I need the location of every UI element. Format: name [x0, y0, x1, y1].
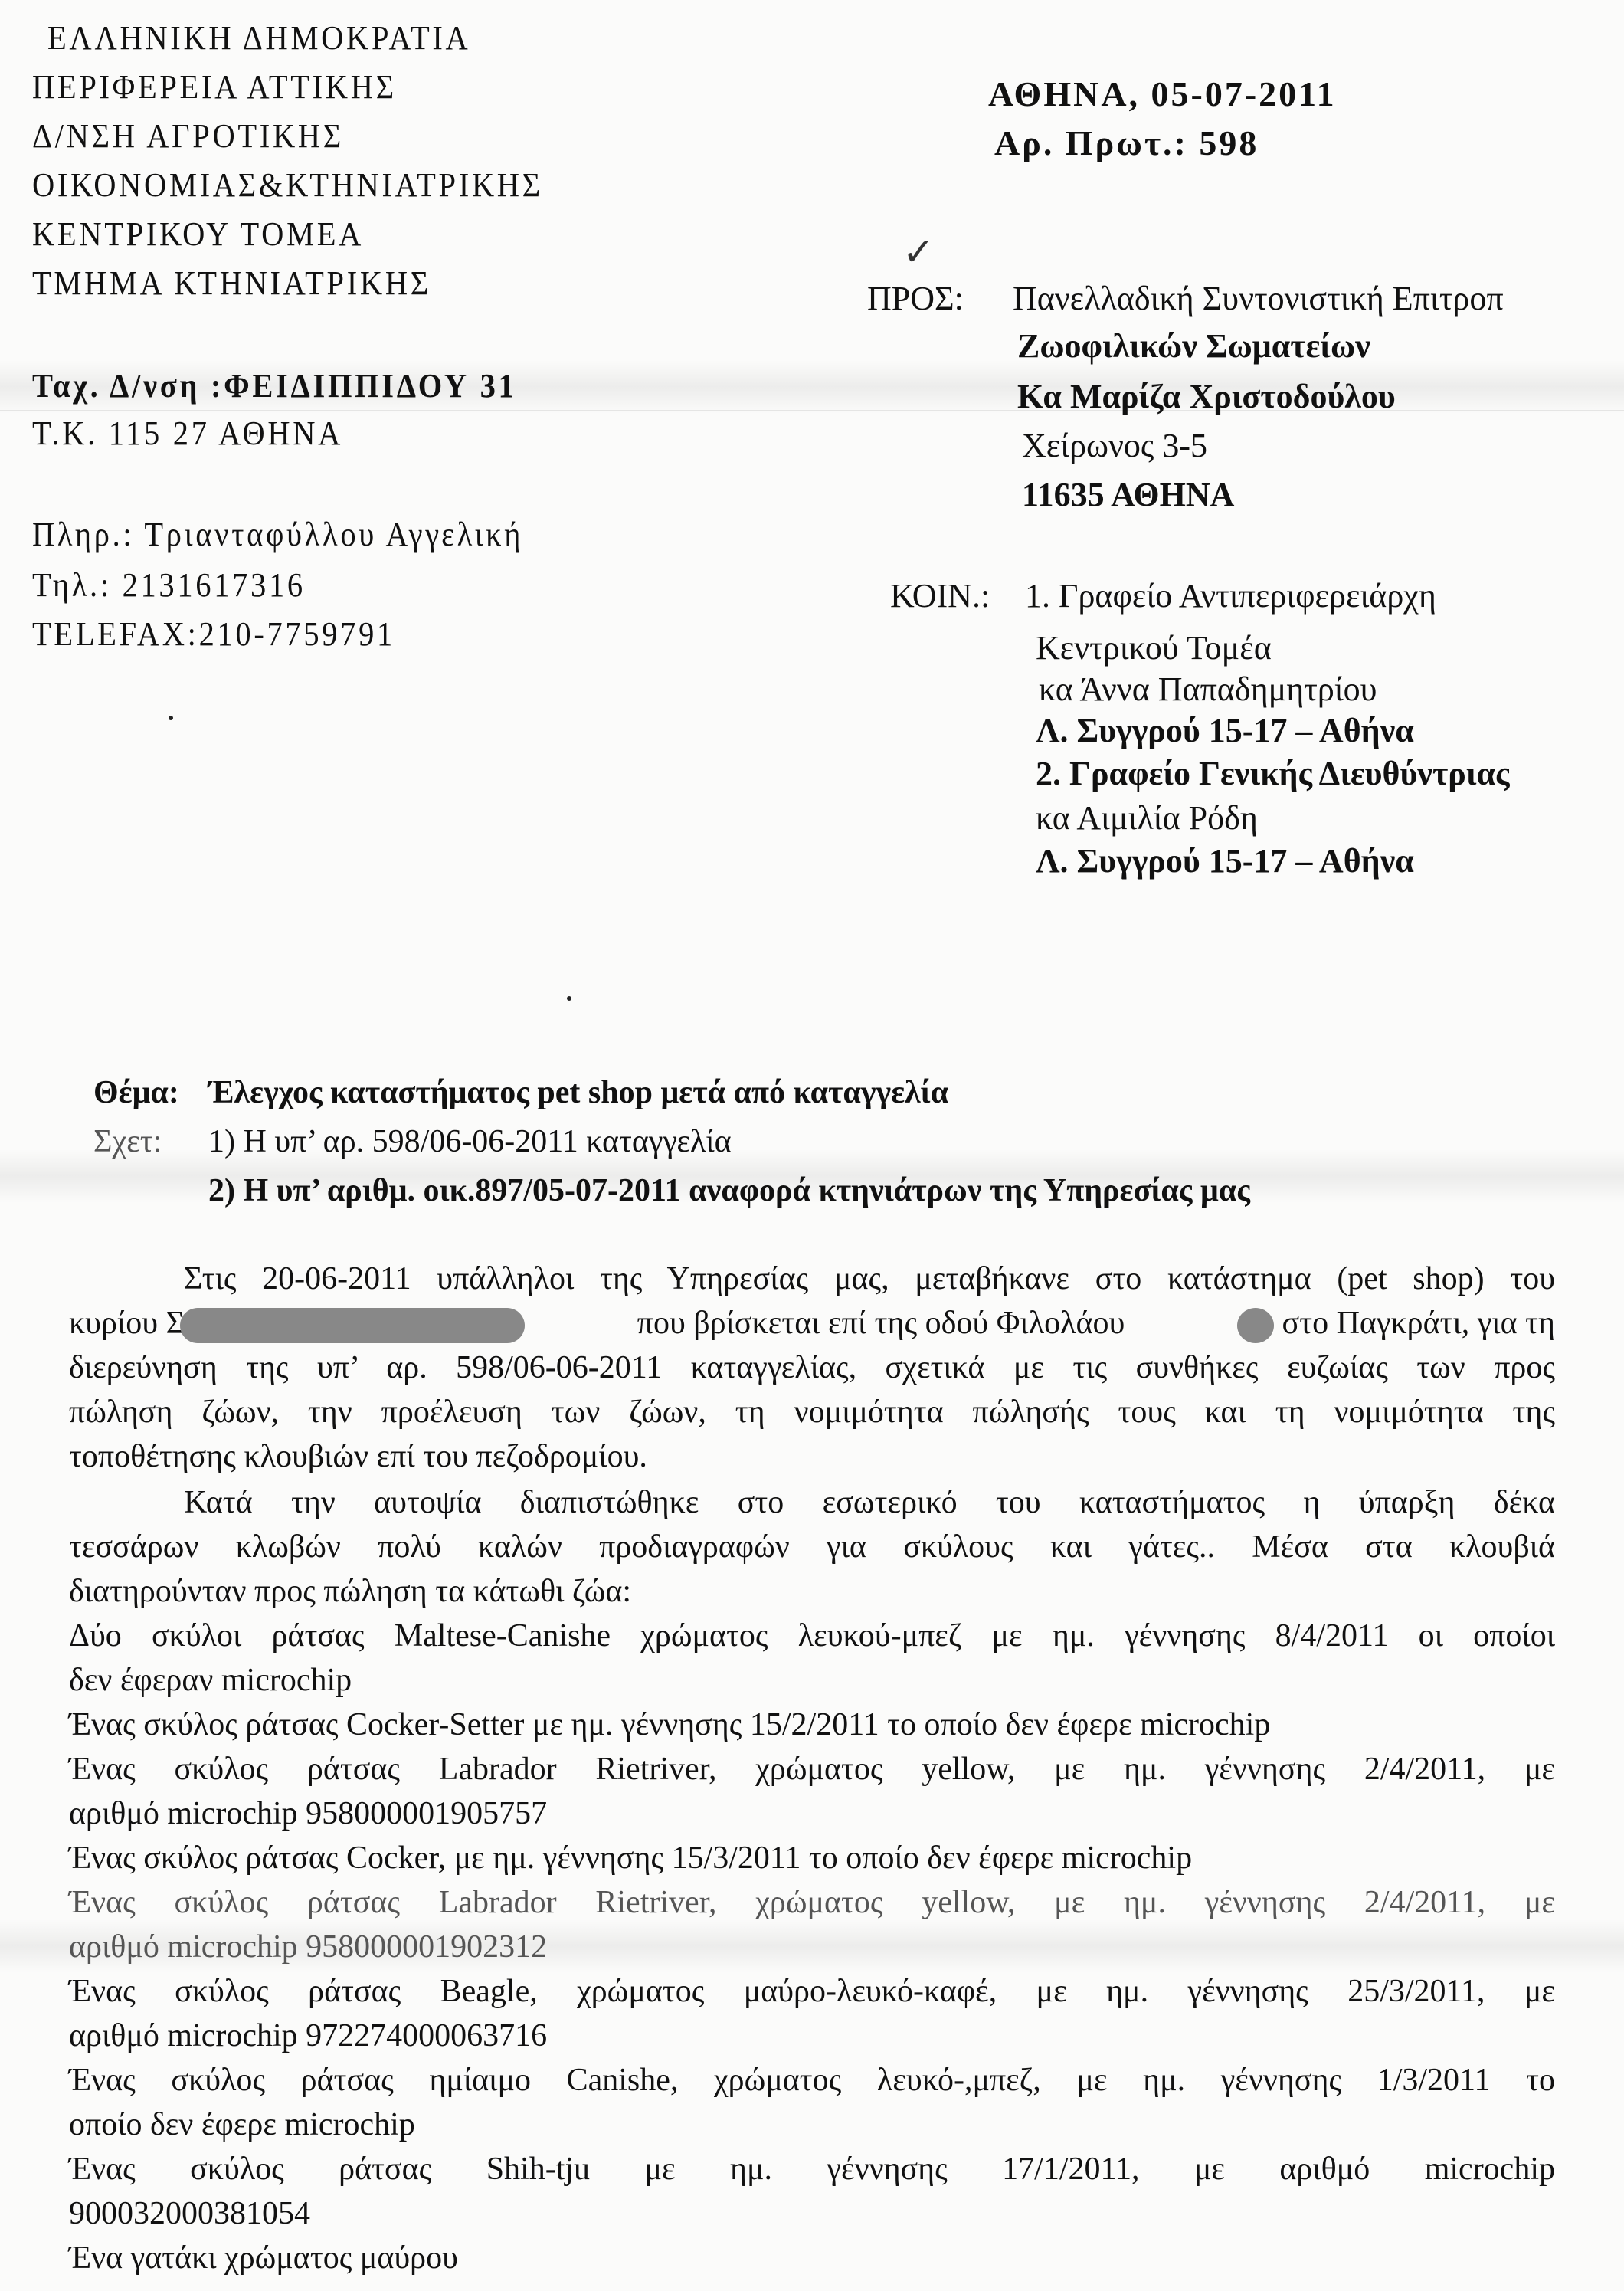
- sender-phone: Τηλ.: 2131617316: [32, 565, 306, 605]
- check-mark-icon: ✓: [902, 230, 935, 274]
- cc-line: Κεντρικού Τομέα: [1036, 628, 1272, 667]
- redacted-number: [1237, 1308, 1274, 1343]
- recipient-label: ΠΡΟΣ:: [867, 279, 964, 318]
- animal-entry-line: δεν έφεραν microchip: [69, 1658, 1555, 1703]
- scan-speck: [169, 716, 173, 720]
- recipient-line: Κα Μαρίζα Χριστοδούλου: [1017, 377, 1396, 416]
- cc-label: ΚΟΙΝ.:: [890, 576, 990, 615]
- animal-entry-line: αριθμό microchip 972274000063716: [69, 2014, 1555, 2058]
- sender-contact: Πληρ.: Τριανταφύλλου Αγγελική: [32, 515, 523, 554]
- scanned-letter: ΕΛΛΗΝΙΚΗ ΔΗΜΟΚΡΑΤΙΑ ΠΕΡΙΦΕΡΕΙΑ ΑΤΤΙΚΗΣ Δ…: [0, 0, 1624, 2291]
- text-line: διατηρούνταν προς πώληση τα κάτωθι ζώα:: [69, 1569, 1555, 1614]
- animal-entry-line: Ένας σκύλος ράτσας Shih-tju με ημ. γέννη…: [69, 2147, 1555, 2191]
- subject-label: Θέμα:: [93, 1074, 179, 1111]
- reference-item: 2) Η υπ’ αριθμ. οικ.897/05-07-2011 αναφο…: [208, 1172, 1250, 1209]
- text-line: τοποθέτησης κλουβιών επί του πεζοδρομίου…: [69, 1434, 1555, 1479]
- animal-entry-line: Ένας σκύλος ράτσας Labrador Rietriver, χ…: [69, 1880, 1555, 1925]
- sender-address: Ταχ. Δ/νση :ΦΕΙΔΙΠΠΙΔΟΥ 31: [32, 366, 516, 405]
- header-line: ΟΙΚΟΝΟΜΙΑΣ&ΚΤΗΝΙΑΤΡΙΚΗΣ: [32, 166, 543, 205]
- body-paragraph-1: Στις 20-06-2011 υπάλληλοι της Υπηρεσίας …: [69, 1257, 1555, 1479]
- cc-line: κα Άννα Παπαδημητρίου: [1039, 670, 1377, 709]
- redacted-name: [180, 1308, 525, 1343]
- cc-line: 1. Γραφείο Αντιπεριφερειάρχη: [1025, 576, 1436, 615]
- header-line: ΕΛΛΗΝΙΚΗ ΔΗΜΟΚΡΑΤΙΑ: [47, 18, 470, 57]
- animal-entry-line: Ένας σκύλος ράτσας Cocker, με ημ. γέννησ…: [69, 1836, 1555, 1880]
- text-line: Στις 20-06-2011 υπάλληλοι της Υπηρεσίας …: [69, 1257, 1555, 1301]
- text-fragment: στο Παγκράτι, για τη: [1282, 1306, 1555, 1341]
- text-line: τεσσάρων κλωβών πολύ καλών προδιαγραφών …: [69, 1525, 1555, 1569]
- reference-item: 1) Η υπ’ αρ. 598/06-06-2011 καταγγελία: [208, 1123, 732, 1160]
- recipient-line: Πανελλαδική Συντονιστική Επιτροπ: [1013, 279, 1504, 318]
- cc-line: 2. Γραφείο Γενικής Διευθύντριας: [1036, 754, 1510, 793]
- text-fragment: που βρίσκεται επί της οδού Φιλολάου: [637, 1301, 1125, 1345]
- subject-text: Έλεγχος καταστήματος pet shop μετά από κ…: [208, 1074, 948, 1111]
- text-line: Κατά την αυτοψία διαπιστώθηκε στο εσωτερ…: [69, 1480, 1555, 1525]
- animal-entry-line: Ένα γατάκι χρώματος μαύρου: [69, 2236, 1555, 2280]
- animal-entry-line: Ένας σκύλος ράτσας Cocker-Setter με ημ. …: [69, 1703, 1555, 1747]
- protocol-number: Αρ. Πρωτ.: 598: [994, 123, 1259, 163]
- place-date: ΑΘΗΝΑ, 05-07-2011: [988, 74, 1337, 114]
- animal-list: Δύο σκύλοι ράτσας Maltese-Canishe χρώματ…: [69, 1614, 1555, 2280]
- header-line: Δ/ΝΣΗ ΑΓΡΟΤΙΚΗΣ: [32, 116, 344, 156]
- animal-entry-line: Δύο σκύλοι ράτσας Maltese-Canishe χρώματ…: [69, 1614, 1555, 1658]
- header-line: ΠΕΡΙΦΕΡΕΙΑ ΑΤΤΙΚΗΣ: [32, 67, 397, 107]
- animal-entry-line: Ένας σκύλος ράτσας ημίαιμο Canishe, χρώμ…: [69, 2058, 1555, 2103]
- cc-line: κα Αιμιλία Ρόδη: [1036, 798, 1258, 837]
- header-line: ΚΕΝΤΡΙΚΟΥ ΤΟΜΕΑ: [32, 215, 364, 254]
- animal-entry-line: Ένας σκύλος ράτσας Beagle, χρώματος μαύρ…: [69, 1969, 1555, 2014]
- cc-line: Λ. Συγγρού 15-17 – Αθήνα: [1036, 841, 1414, 880]
- text-fragment: κυρίου Σ: [69, 1306, 185, 1341]
- text-line: κυρίου Σ που βρίσκεται επί της οδού Φιλο…: [69, 1301, 1555, 1345]
- animal-entry-line: αριθμό microchip 958000001902312: [69, 1925, 1555, 1969]
- text-line: πώληση ζώων, την προέλευση των ζώων, τη …: [69, 1390, 1555, 1434]
- references-label: Σχετ:: [93, 1123, 162, 1160]
- sender-postal: Τ.Κ. 115 27 ΑΘΗΝΑ: [32, 414, 343, 453]
- recipient-line: Ζωοφιλικών Σωματείων: [1017, 326, 1370, 365]
- text-line: διερεύνηση της υπ’ αρ. 598/06-06-2011 κα…: [69, 1345, 1555, 1390]
- scan-speck: [567, 996, 571, 1001]
- animal-entry-line: 900032000381054: [69, 2191, 1555, 2236]
- sender-fax: TELEFAX:210-7759791: [32, 615, 395, 654]
- recipient-line: Χείρωνος 3-5: [1022, 426, 1207, 465]
- header-line: ΤΜΗΜΑ ΚΤΗΝΙΑΤΡΙΚΗΣ: [32, 264, 431, 303]
- animal-entry-line: αριθμό microchip 958000001905757: [69, 1791, 1555, 1836]
- cc-line: Λ. Συγγρού 15-17 – Αθήνα: [1036, 711, 1414, 750]
- animal-entry-line: Ένας σκύλος ράτσας Labrador Rietriver, χ…: [69, 1747, 1555, 1791]
- body-paragraph-2: Κατά την αυτοψία διαπιστώθηκε στο εσωτερ…: [69, 1480, 1555, 1614]
- animal-entry-line: οποίο δεν έφερε microchip: [69, 2103, 1555, 2147]
- recipient-line: 11635 ΑΘΗΝΑ: [1022, 475, 1234, 514]
